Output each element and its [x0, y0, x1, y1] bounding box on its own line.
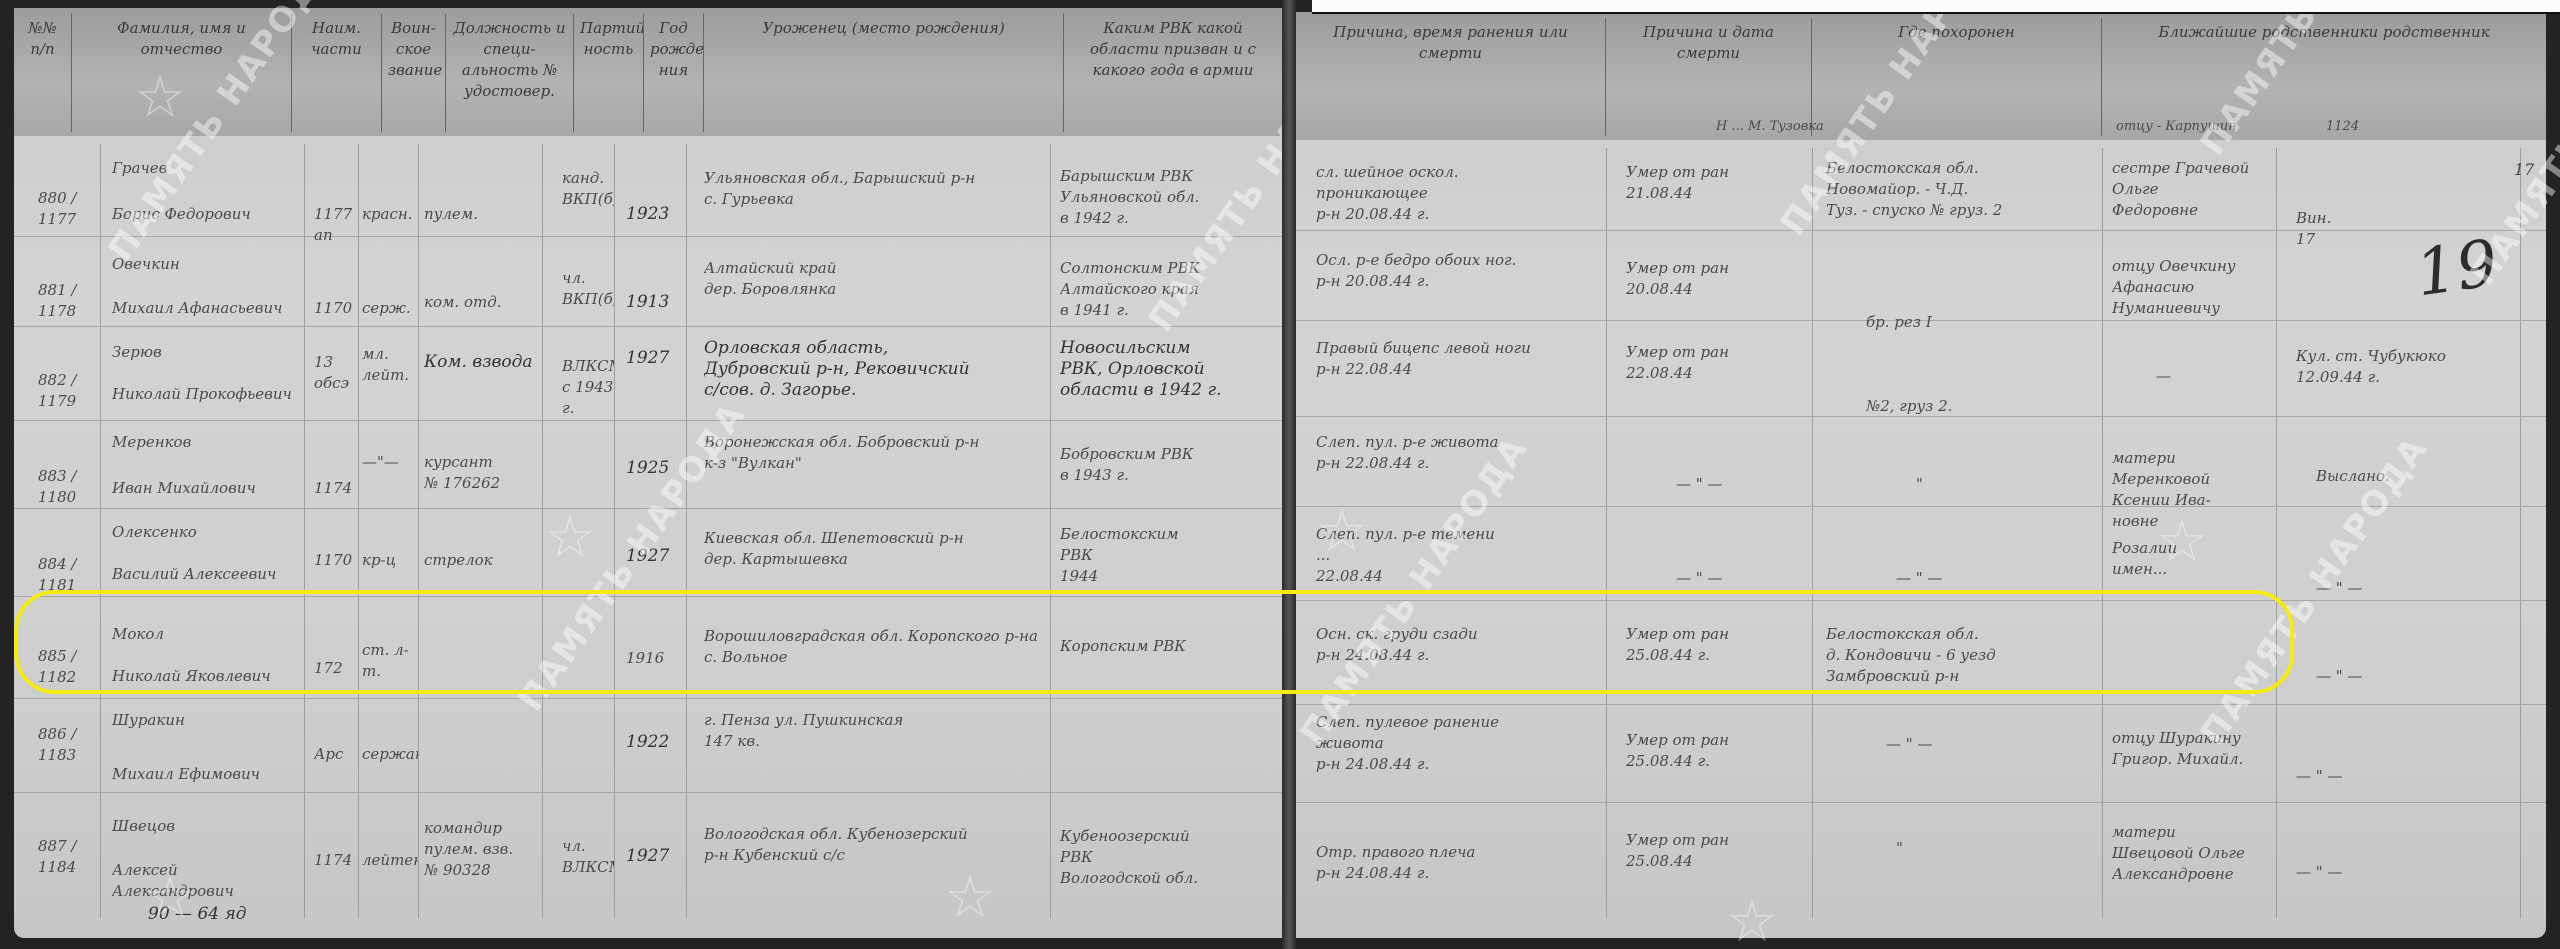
death-date: Умер от ран 25.08.44 [1626, 830, 1806, 872]
given-names: Иван Михайлович [112, 478, 302, 499]
col-header-party: Партий- ность [574, 14, 644, 132]
post: пулем. [424, 204, 540, 225]
cause-of-death: Осл. р-е бедро обоих ног. р-н 20.08.44 г… [1316, 250, 1596, 292]
surname: Меренков [112, 432, 292, 453]
given-names: Николай Прокофьевич [112, 384, 302, 405]
rank: лейтен. [362, 850, 418, 871]
post: Ком. взвода [424, 352, 540, 373]
birthplace: Алтайский край дер. Боровлянка [704, 258, 1044, 300]
birth-year: 1922 [626, 732, 682, 753]
birth-year: 1927 [626, 846, 682, 867]
right-page: Причина, время ранения или смерти Причин… [1296, 12, 2546, 938]
unit: 1170 [314, 298, 358, 319]
row-number: 886 / 1183 [38, 724, 98, 766]
burial-place: — " — [1886, 734, 1986, 755]
col-header-post: Должность и специ- альность № удостовер. [446, 14, 574, 132]
burial-place: — " — [1896, 568, 1996, 589]
post: стрелок [424, 550, 540, 571]
death-date: Умер от ран 21.08.44 [1626, 162, 1806, 204]
draft-office: Бобровским РВК в 1943 г. [1060, 444, 1270, 486]
cause-of-death: Слеп. пул. р-е живота р-н 22.08.44 г. [1316, 432, 1596, 474]
burial-place: Белостокская обл. Новомайор. - Ч.Д. Туз.… [1826, 158, 2096, 221]
post: ком. отд. [424, 292, 540, 313]
row-number: 887 / 1184 [38, 836, 98, 878]
col-header-draft: Каким РВК какой области призван и с како… [1064, 14, 1282, 132]
birthplace: г. Пенза ул. Пушкинская 147 кв. [704, 710, 1044, 752]
col-header-cause: Причина, время ранения или смерти [1296, 18, 1606, 136]
row-number: 883 / 1180 [38, 466, 98, 508]
given-names: Василий Алексеевич [112, 564, 302, 585]
unit: 1170 [314, 550, 358, 571]
birth-year: 1927 [626, 348, 682, 369]
given-names: Михаил Афанасьевич [112, 298, 302, 319]
death-date: Умер от ран 25.08.44 г. [1626, 730, 1806, 772]
draft-office: Новосильским РВК, Орловской области в 19… [1060, 338, 1270, 401]
relatives: — [2156, 366, 2216, 387]
cause-of-death: Отр. правого плеча р-н 24.08.44 г. [1316, 842, 1596, 884]
unit: 1174 [314, 850, 358, 871]
col-header-year: Год рожде- ния [644, 14, 704, 132]
birthplace: Вологодская обл. Кубенозерский р-н Кубен… [704, 824, 1044, 866]
unit: 1177 ап [314, 204, 358, 246]
col-header-birthplace: Уроженец (место рождения) [704, 14, 1064, 132]
rank: серж. [362, 298, 418, 319]
row-number: 881 / 1178 [38, 280, 98, 322]
death-date: Умер от ран 20.08.44 [1626, 258, 1806, 300]
rank: —"— [362, 452, 418, 473]
surname: Шуракин [112, 710, 292, 731]
rank: кр-ц [362, 550, 418, 571]
row-number: 880 / 1177 [38, 188, 98, 230]
burial-place: бр. рез I [1866, 312, 2066, 333]
birth-year: 1923 [626, 204, 682, 225]
book-spine [1282, 0, 1296, 949]
watermark-star-icon: ☆ [1316, 502, 1368, 560]
left-page: №№ п/п Фамилия, имя и отчество Наим. час… [14, 8, 1282, 938]
watermark-star-icon: ☆ [1726, 892, 1778, 949]
row-highlight-885 [14, 590, 2294, 694]
birthplace: Ульяновская обл., Барышский р-н с. Гурье… [704, 168, 1044, 210]
col-header-unit: Наим. части [292, 14, 382, 132]
unit: Арс [314, 744, 358, 765]
surname: Олексенко [112, 522, 292, 543]
relatives: отцу Овечкину Афанасию Нуманиевичу [2112, 256, 2272, 319]
surname: Зерюв [112, 342, 292, 363]
post: командир пулем. взв. № 90328 [424, 818, 540, 881]
death-date: — " — [1676, 568, 1776, 589]
burial-place: №2, груз 2. [1866, 396, 2066, 417]
given-names: Алексей Александрович [112, 860, 302, 902]
unit: 1174 [314, 478, 358, 499]
surname: Швецов [112, 816, 292, 837]
birthplace: Воронежская обл. Бобровский р-н к-з "Вул… [704, 432, 1044, 474]
watermark-star-icon: ☆ [944, 868, 996, 926]
burial-place: " [1916, 474, 1976, 495]
address: — " — [2296, 766, 2396, 787]
party: чл. ВЛКСМ [562, 836, 614, 878]
rank: мл. лейт. [362, 344, 418, 386]
party: канд. ВКП(б) [562, 168, 614, 210]
cause-of-death: сл. шейное оскол. проникающее р-н 20.08.… [1316, 162, 1596, 225]
birthplace: Орловская область, Дубровский р-н, Реков… [704, 338, 1044, 401]
given-names: Михаил Ефимович [112, 764, 302, 785]
top-white-band [1312, 0, 2560, 14]
watermark-star-icon: ☆ [134, 68, 186, 126]
birthplace: Киевская обл. Шепетовский р-н дер. Карты… [704, 528, 1044, 570]
watermark-star-icon: ☆ [2156, 512, 2208, 570]
death-date: Умер от ран 22.08.44 [1626, 342, 1806, 384]
relatives: сестре Грачевой Ольге Федоровне [2112, 158, 2272, 221]
death-date: — " — [1676, 474, 1776, 495]
address: Вин. 17 [2296, 208, 2356, 250]
burial-place: " [1896, 838, 1956, 859]
relatives: отцу Шуракину Григор. Михайл. [2112, 728, 2272, 770]
watermark-star-icon: ☆ [144, 868, 196, 926]
party: ВЛКСМ с 1943 г. [562, 356, 614, 419]
birth-year: 1913 [626, 292, 682, 313]
relatives: матери Швецовой Ольге Александровне [2112, 822, 2272, 885]
cause-of-death: Правый бицепс левой ноги р-н 22.08.44 [1316, 338, 1596, 380]
cause-of-death: Слеп. пулевое ранение живота р-н 24.08.4… [1316, 712, 1596, 775]
address: — " — [2296, 862, 2396, 883]
watermark-star-icon: ☆ [544, 508, 596, 566]
party: чл. ВКП(б) [562, 268, 614, 310]
draft-office: Белостокским РВК 1944 [1060, 524, 1270, 587]
col-header-rank: Воин- ское звание [382, 14, 446, 132]
header-note: 1124 [2326, 116, 2426, 137]
rank: сержант [362, 744, 418, 765]
rank: красн. [362, 204, 418, 225]
address: Кул. ст. Чубукюко 12.09.44 г. [2296, 346, 2536, 388]
col-header-num: №№ п/п [14, 14, 72, 132]
document-scan: №№ п/п Фамилия, имя и отчество Наим. час… [0, 0, 2560, 949]
post: курсант № 176262 [424, 452, 540, 494]
draft-office: Кубеноозерский РВК Вологодской обл. [1060, 826, 1270, 889]
row-number: 882 / 1179 [38, 370, 98, 412]
address: — " — [2316, 666, 2416, 687]
unit: 13 обсэ [314, 352, 358, 394]
